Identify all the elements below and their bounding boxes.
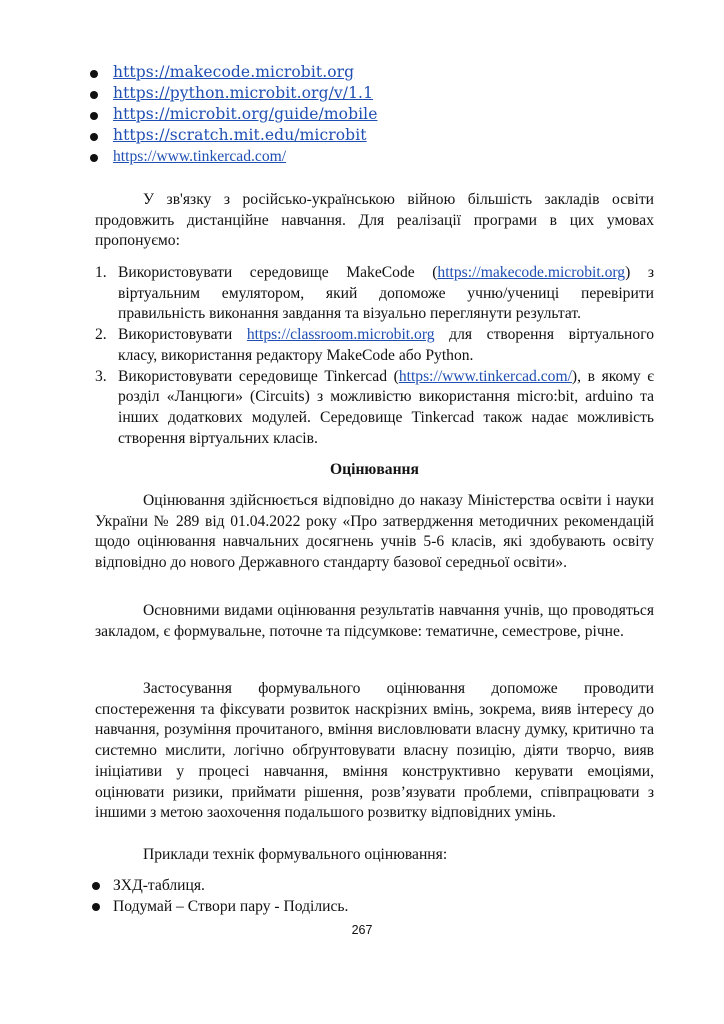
list-item: https://makecode.microbit.org bbox=[88, 62, 378, 83]
item-number: 2. bbox=[95, 325, 107, 346]
item-text: Використовувати середовище Tinkercad ( bbox=[118, 368, 399, 385]
list-item: https://scratch.mit.edu/microbit bbox=[88, 125, 378, 146]
recommendations-list: 1.Використовувати середовище MakeCode (h… bbox=[95, 263, 654, 449]
list-item: ЗХД-таблиця. bbox=[90, 875, 348, 896]
recommendation-item-2: 2.Використовувати https://classroom.micr… bbox=[95, 325, 654, 366]
recommendation-item-1: 1.Використовувати середовище MakeCode (h… bbox=[95, 263, 654, 325]
link-python-microbit[interactable]: https://python.microbit.org/v/1.1 bbox=[113, 84, 373, 102]
list-item: https://www.tinkercad.com/ bbox=[88, 146, 378, 167]
link-tinkercad-inline[interactable]: https://www.tinkercad.com/ bbox=[399, 368, 572, 385]
list-item: Подумай – Створи пару - Поділись. bbox=[90, 896, 348, 917]
techniques-list: ЗХД-таблиця. Подумай – Створи пару - Под… bbox=[90, 875, 348, 917]
resource-links-list: https://makecode.microbit.org https://py… bbox=[88, 62, 378, 167]
link-tinkercad[interactable]: https://www.tinkercad.com/ bbox=[113, 148, 286, 165]
link-makecode[interactable]: https://makecode.microbit.org bbox=[113, 63, 354, 81]
assessment-paragraph-1: Оцінювання здійснюється відповідно до на… bbox=[95, 491, 654, 574]
section-heading: Оцінювання bbox=[95, 460, 654, 480]
intro-paragraph: У зв'язку з російсько-українською війною… bbox=[95, 190, 654, 252]
item-text: Використовувати середовище MakeCode ( bbox=[118, 264, 437, 281]
list-item: https://microbit.org/guide/mobile bbox=[88, 104, 378, 125]
page-number: 267 bbox=[0, 923, 724, 937]
list-item: https://python.microbit.org/v/1.1 bbox=[88, 83, 378, 104]
document-page: https://makecode.microbit.org https://py… bbox=[0, 0, 724, 1024]
recommendation-item-3: 3.Використовувати середовище Tinkercad (… bbox=[95, 367, 654, 450]
techniques-intro: Приклади технік формувального оцінювання… bbox=[95, 845, 654, 866]
link-microbit-guide-mobile[interactable]: https://microbit.org/guide/mobile bbox=[113, 105, 378, 123]
assessment-paragraph-2: Основними видами оцінювання результатів … bbox=[95, 601, 654, 642]
assessment-paragraph-3: Застосування формувального оцінювання до… bbox=[95, 679, 654, 824]
link-classroom-microbit[interactable]: https://classroom.microbit.org bbox=[247, 326, 435, 343]
link-scratch-microbit[interactable]: https://scratch.mit.edu/microbit bbox=[113, 126, 367, 144]
item-number: 1. bbox=[95, 263, 107, 284]
link-makecode-inline[interactable]: https://makecode.microbit.org bbox=[437, 264, 625, 281]
item-number: 3. bbox=[95, 367, 107, 388]
item-text: Використовувати bbox=[118, 326, 247, 343]
